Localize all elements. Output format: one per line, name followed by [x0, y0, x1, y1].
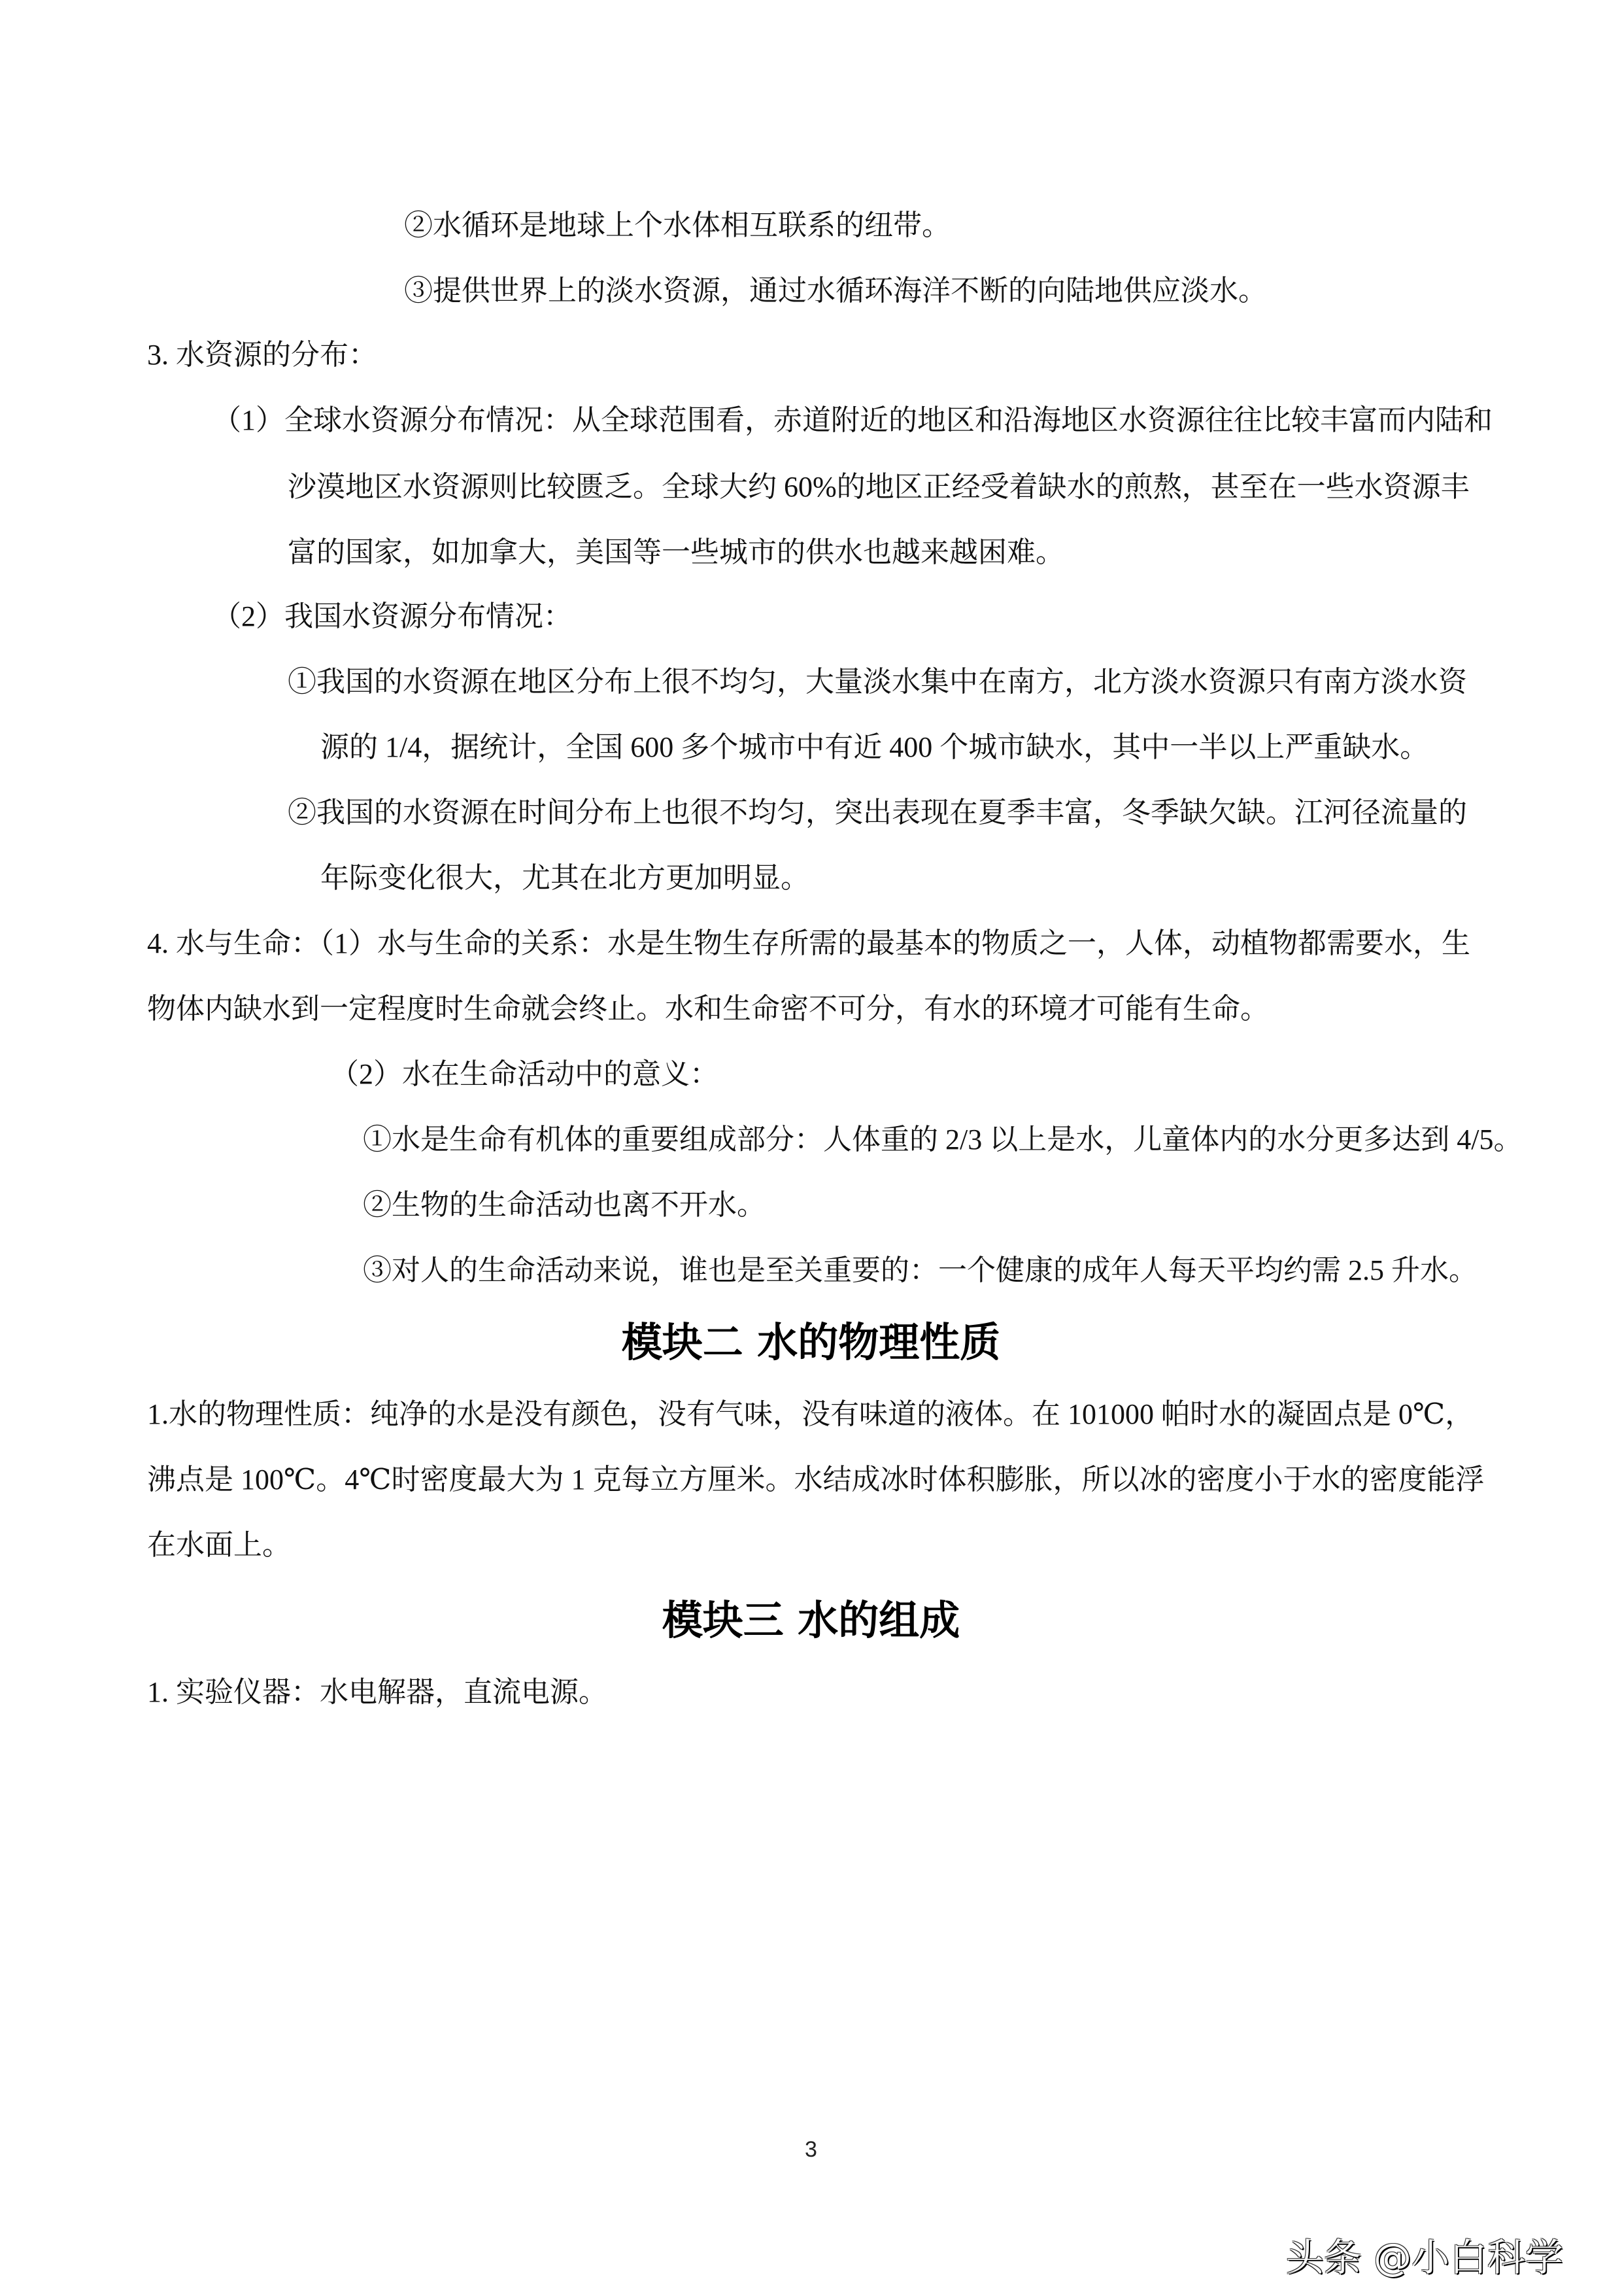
section-4-line-1: 4. 水与生命：（1）水与生命的关系：水是生物生存所需的最基本的物质之一，人体，…	[147, 924, 1470, 963]
module-3-heading: 模块三 水的组成	[0, 1594, 1622, 1647]
global-distribution-line-2: 沙漠地区水资源则比较匮乏。全球大约 60%的地区正经受着缺水的煎熬，甚至在一些水…	[288, 468, 1470, 507]
china-distribution-item-2b: 年际变化很大，尤其在北方更加明显。	[320, 859, 809, 898]
life-meaning-item-1: ①水是生命有机体的重要组成部分：人体重的 2/3 以上是水，儿童体内的水分更多达…	[363, 1120, 1522, 1159]
cycle-item-2: ②水循环是地球上个水体相互联系的纽带。	[404, 206, 951, 245]
china-distribution-item-2a: ②我国的水资源在时间分布上也很不均匀，突出表现在夏季丰富，冬季缺欠缺。江河径流量…	[288, 793, 1467, 832]
watermark: 头条 @小白科学	[1286, 2227, 1563, 2282]
global-distribution-line-3: 富的国家，如加拿大，美国等一些城市的供水也越来越困难。	[288, 533, 1064, 572]
page-number: 3	[0, 2137, 1622, 2163]
module-2-line-1: 1.水的物理性质：纯净的水是没有颜色，没有气味，没有味道的液体。在 101000…	[147, 1395, 1474, 1434]
module-2-line-2: 沸点是 100℃。4℃时密度最大为 1 克每立方厘米。水结成冰时体积膨胀，所以冰…	[147, 1460, 1484, 1499]
life-meaning-item-3: ③对人的生命活动来说，谁也是至关重要的：一个健康的成年人每天平均约需 2.5 升…	[363, 1251, 1478, 1290]
cycle-item-3: ③提供世界上的淡水资源，通过水循环海洋不断的向陆地供应淡水。	[404, 271, 1267, 311]
module-3-line-1: 1. 实验仪器：水电解器，直流电源。	[147, 1673, 607, 1712]
section-3-title: 3. 水资源的分布：	[147, 335, 377, 375]
life-meaning-item-2: ②生物的生命活动也离不开水。	[363, 1186, 766, 1225]
module-2-heading: 模块二 水的物理性质	[0, 1316, 1622, 1369]
china-distribution-item-1b: 源的 1/4，据统计，全国 600 多个城市中有近 400 个城市缺水，其中一半…	[320, 728, 1428, 767]
section-4-line-2: 物体内缺水到一定程度时生命就会终止。水和生命密不可分，有水的环境才可能有生命。	[147, 989, 1269, 1029]
china-distribution-item-1a: ①我国的水资源在地区分布上很不均匀，大量淡水集中在南方，北方淡水资源只有南方淡水…	[288, 662, 1467, 702]
module-2-line-3: 在水面上。	[147, 1526, 291, 1565]
life-meaning-title: （2）水在生命活动中的意义：	[330, 1055, 718, 1094]
china-distribution-title: （2）我国水资源分布情况：	[212, 597, 572, 636]
global-distribution-line-1: （1）全球水资源分布情况：从全球范围看，赤道附近的地区和沿海地区水资源往往比较丰…	[212, 401, 1493, 440]
